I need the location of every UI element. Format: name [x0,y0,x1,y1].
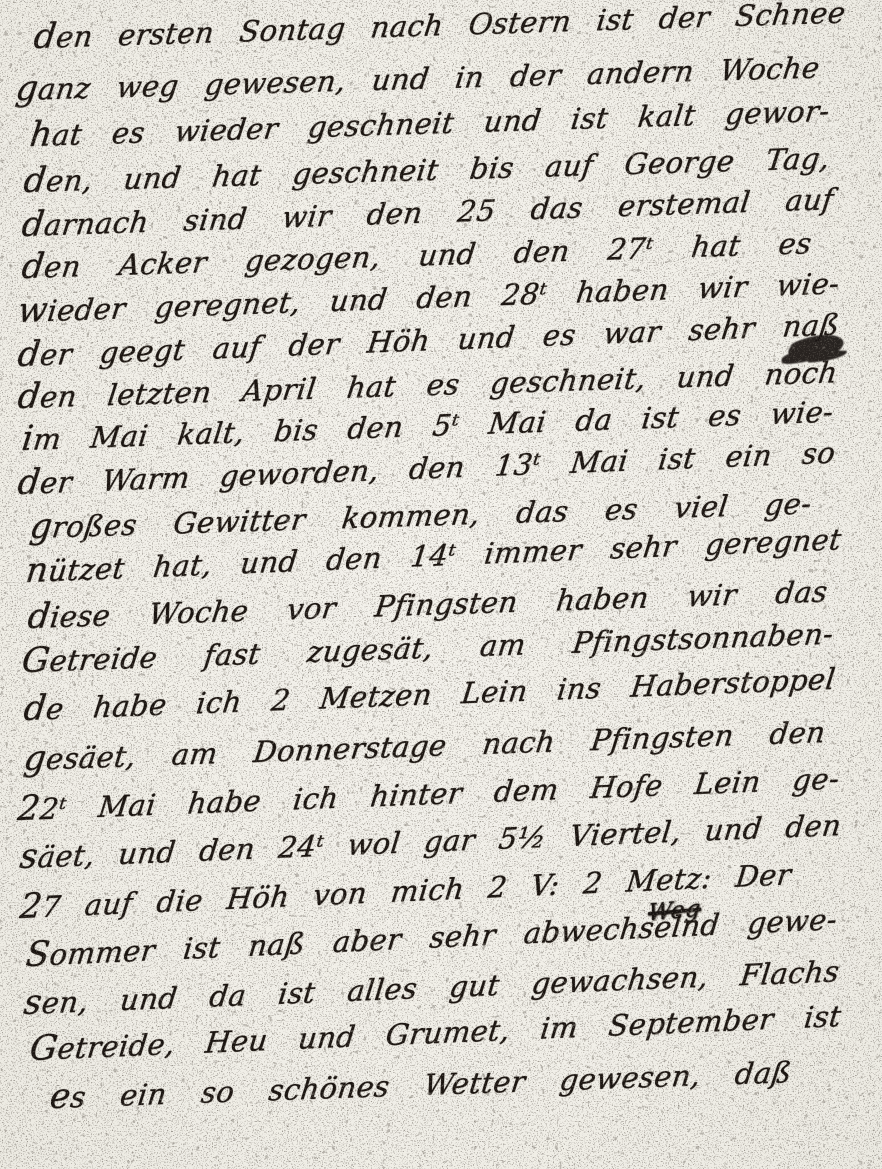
manuscript-page: den ersten Sontag nach Ostern ist der Sc… [0,0,882,1169]
manuscript-line: den ersten Sontag nach Ostern ist der Sc… [33,0,846,57]
crossed-out-insertion: Weg [647,896,702,927]
manuscript-line-text: den ersten Sontag nach Ostern ist der Sc… [32,0,849,57]
